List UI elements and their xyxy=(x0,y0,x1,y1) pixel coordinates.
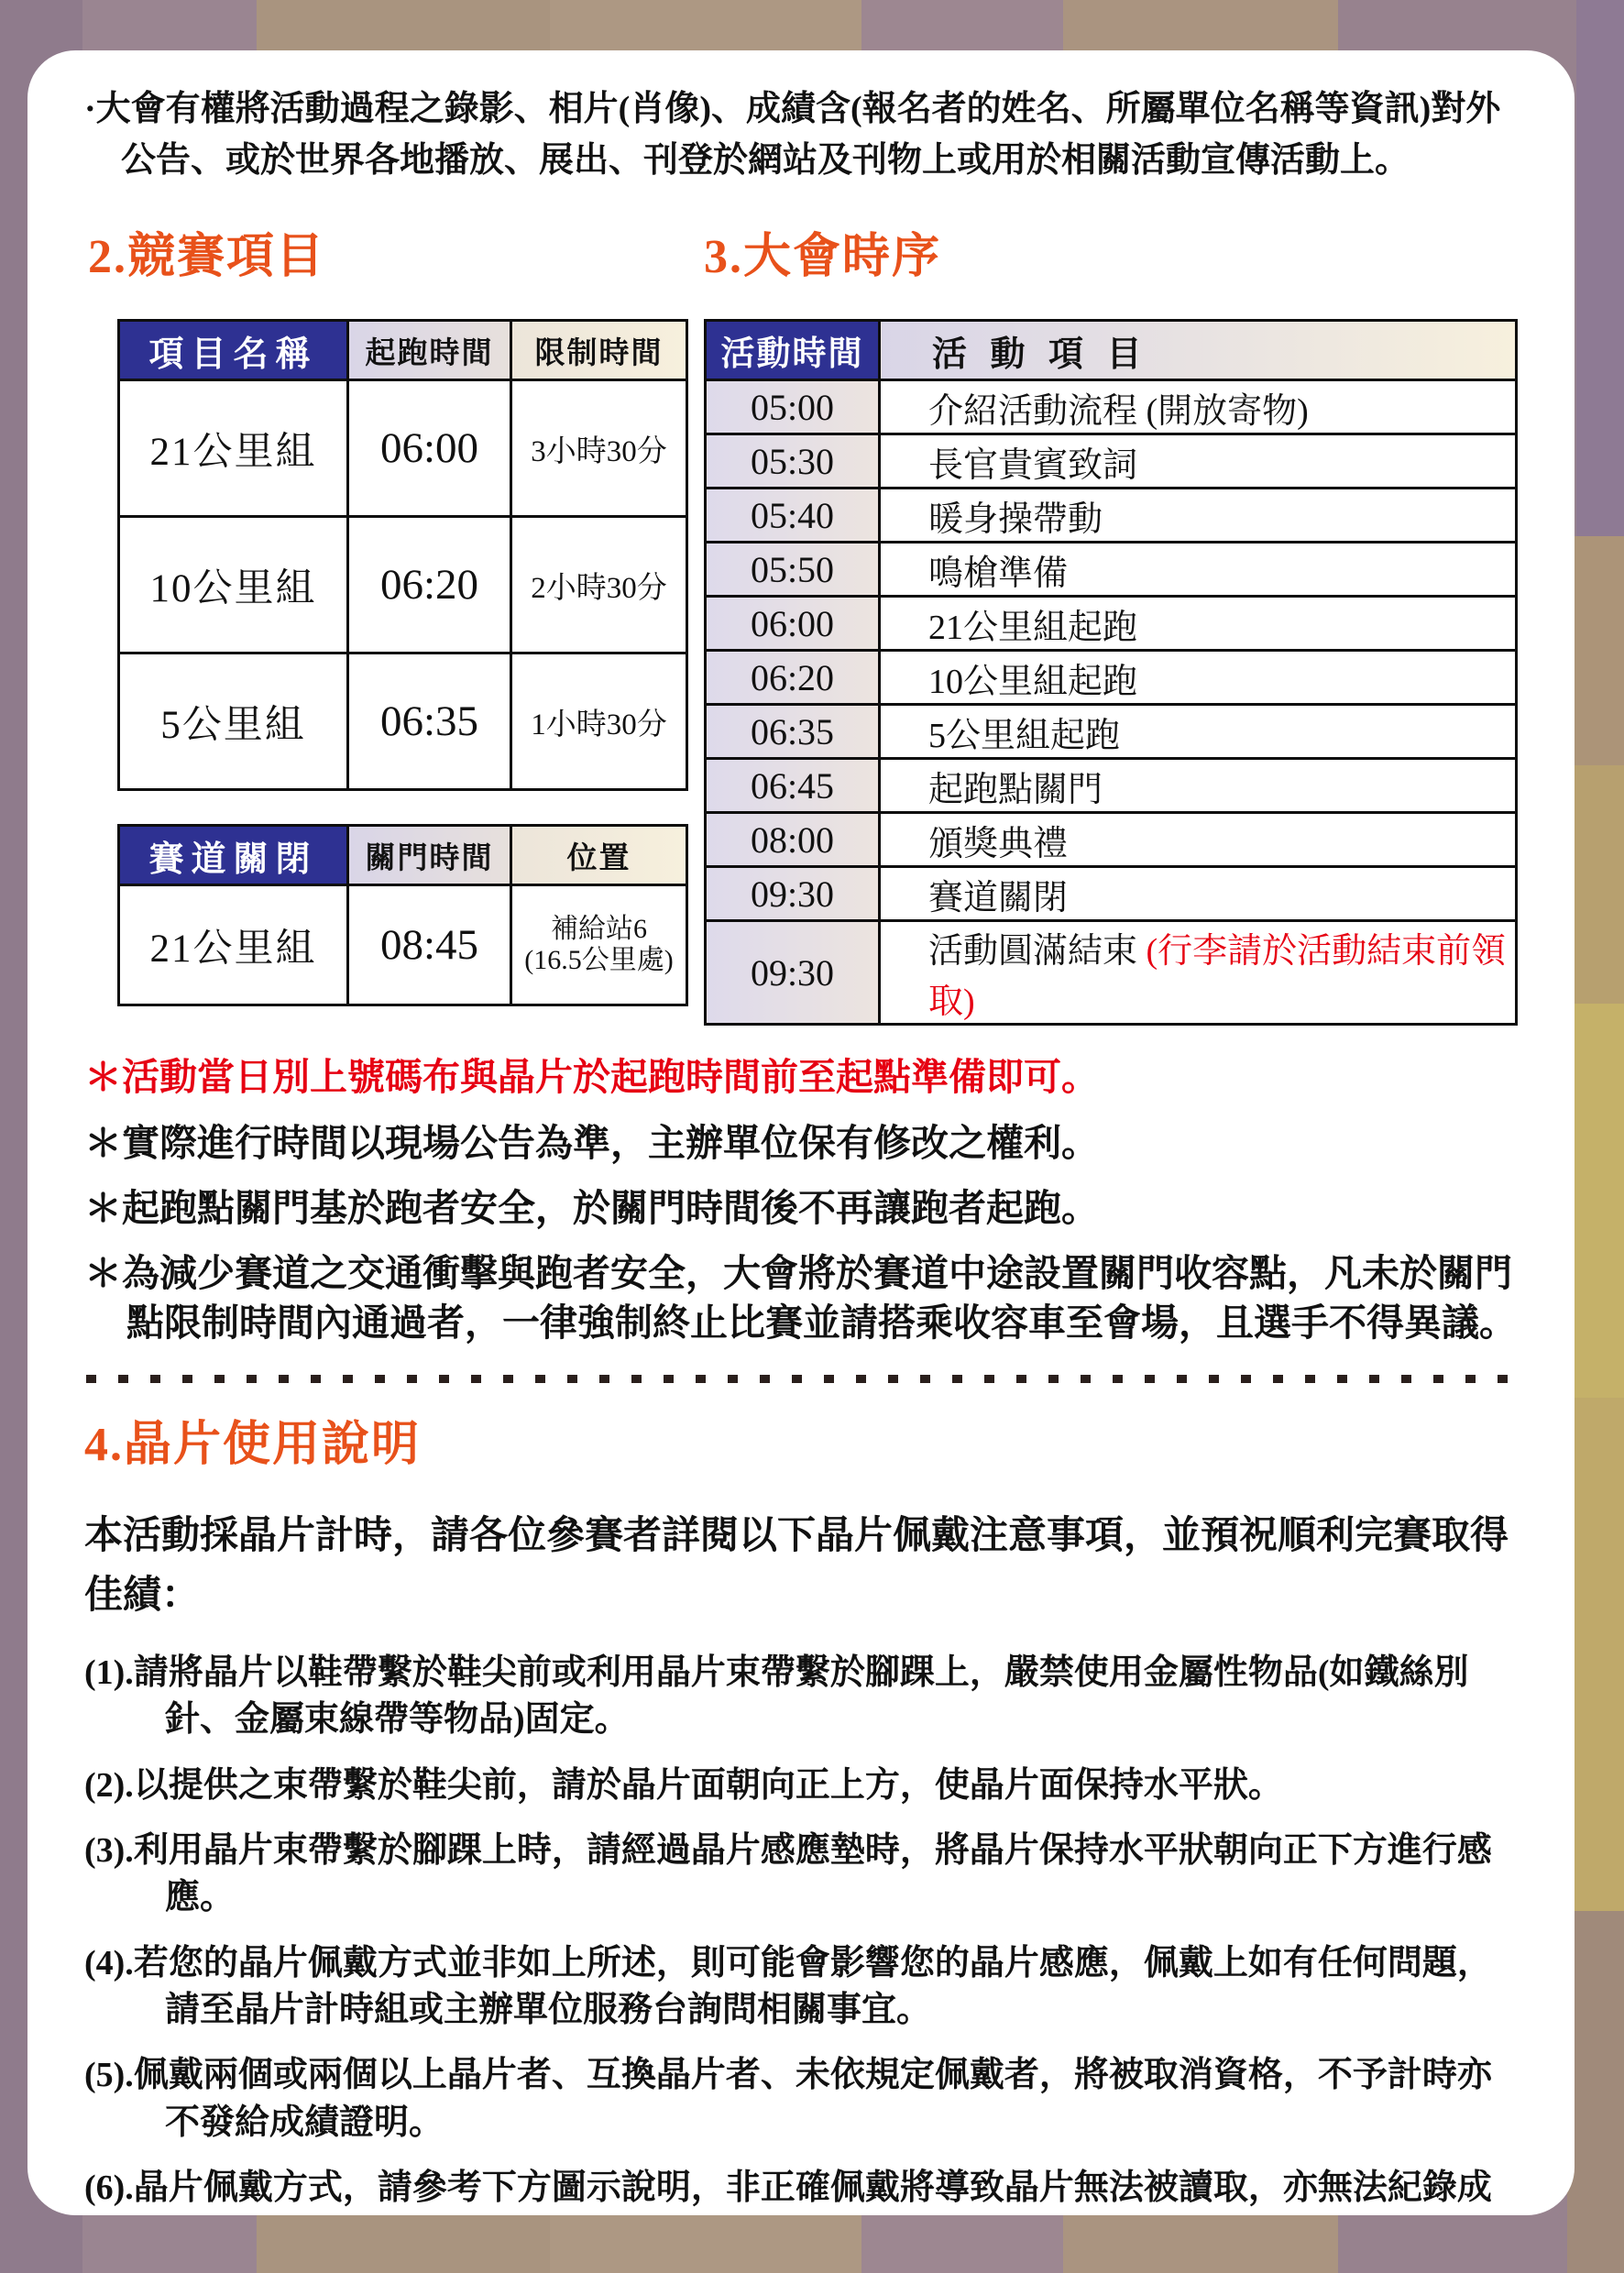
schedule-time: 06:45 xyxy=(706,759,880,813)
chip-instruction: (5).佩戴兩個或兩個以上晶片者、互換晶片者、未依規定佩戴者，將被取消資格，不予… xyxy=(84,2052,1518,2147)
events-header-name: 項目名稱 xyxy=(119,321,348,380)
tables-section: 2.競賽項目 項目名稱 起跑時間 限制時間 21公里組06:003小時30分10… xyxy=(84,217,1518,1026)
schedule-time: 05:00 xyxy=(706,380,880,434)
closure-header-time: 關門時間 xyxy=(348,826,511,885)
schedule-header-time: 活動時間 xyxy=(706,321,880,380)
schedule-time: 08:00 xyxy=(706,813,880,867)
schedule-time: 06:20 xyxy=(706,651,880,705)
schedule-column: 3.大會時序 活動時間 活 動 項 目 05:00介紹活動流程 (開放寄物)05… xyxy=(689,217,1518,1026)
chip-instruction-number: (3). xyxy=(84,1831,134,1870)
events-table: 項目名稱 起跑時間 限制時間 21公里組06:003小時30分10公里組06:2… xyxy=(117,319,688,791)
schedule-activity-text: 暖身操帶動 xyxy=(928,500,1103,539)
schedule-row: 05:40暖身操帶動 xyxy=(706,489,1517,543)
event-limit: 2小時30分 xyxy=(511,517,687,653)
schedule-activity: 鳴槍準備 xyxy=(880,543,1517,597)
closure-time: 08:45 xyxy=(348,885,511,1005)
schedule-time: 06:00 xyxy=(706,597,880,651)
chip-instruction-number: (6). xyxy=(84,2169,134,2207)
schedule-row: 08:00頒獎典禮 xyxy=(706,813,1517,867)
schedule-activity-text: 長官貴賓致詞 xyxy=(928,446,1137,485)
schedule-activity-text: 活動圓滿結束 xyxy=(928,932,1147,971)
chip-instruction: (6).晶片佩戴方式，請參考下方圖示說明，非正確佩戴將導致晶片無法被讀取，亦無法… xyxy=(84,2165,1518,2215)
closure-header-name: 賽道關閉 xyxy=(119,826,348,885)
events-row: 10公里組06:202小時30分 xyxy=(119,517,687,653)
schedule-activity: 5公里組起跑 xyxy=(880,705,1517,759)
schedule-row: 06:2010公里組起跑 xyxy=(706,651,1517,705)
schedule-activity: 頒獎典禮 xyxy=(880,813,1517,867)
schedule-row: 06:355公里組起跑 xyxy=(706,705,1517,759)
schedule-activity-text: 介紹活動流程 (開放寄物) xyxy=(928,392,1309,431)
schedule-activity: 長官貴賓致詞 xyxy=(880,434,1517,489)
schedule-activity-text: 起跑點關門 xyxy=(928,771,1103,809)
schedule-row: 05:00介紹活動流程 (開放寄物) xyxy=(706,380,1517,434)
schedule-row: 06:45起跑點關門 xyxy=(706,759,1517,813)
closure-header-row: 賽道關閉 關門時間 位置 xyxy=(119,826,687,885)
chip-instruction-text: 佩戴兩個或兩個以上晶片者、互換晶片者、未依規定佩戴者，將被取消資格，不予計時亦不… xyxy=(134,2056,1492,2141)
closure-location-line1: 補給站6 xyxy=(512,914,686,946)
chip-instruction-text: 以提供之束帶繫於鞋尖前，請於晶片面朝向正上方，使晶片面保持水平狀。 xyxy=(134,1766,1283,1805)
note: ＊活動當日別上號碼布與晶片於起跑時間前至起點準備即可。 xyxy=(84,1053,1518,1102)
note: ＊為減少賽道之交通衝擊與跑者安全，大會將於賽道中途設置關門收容點，凡未於關門點限… xyxy=(84,1249,1518,1347)
schedule-table: 活動時間 活 動 項 目 05:00介紹活動流程 (開放寄物)05:30長官貴賓… xyxy=(704,319,1518,1026)
schedule-header-row: 活動時間 活 動 項 目 xyxy=(706,321,1517,380)
dotted-separator xyxy=(86,1375,1516,1383)
background-patch xyxy=(1567,1004,1624,1398)
events-header-start: 起跑時間 xyxy=(348,321,511,380)
schedule-header-activity: 活 動 項 目 xyxy=(880,321,1517,380)
note: ＊起跑點關門基於跑者安全，於關門時間後不再讓跑者起跑。 xyxy=(84,1184,1518,1233)
chip-instruction-text: 晶片佩戴方式，請參考下方圖示說明，非正確佩戴將導致晶片無法被讀取，亦無法紀錄成績… xyxy=(134,2169,1492,2215)
chip-instruction: (4).若您的晶片佩戴方式並非如上所述，則可能會影響您的晶片感應，佩戴上如有任何… xyxy=(84,1940,1518,2035)
chip-instruction-number: (2). xyxy=(84,1766,134,1805)
events-header-limit: 限制時間 xyxy=(511,321,687,380)
competition-column: 2.競賽項目 項目名稱 起跑時間 限制時間 21公里組06:003小時30分10… xyxy=(84,217,689,1026)
events-row: 5公里組06:351小時30分 xyxy=(119,653,687,790)
note: ＊實際進行時間以現場公告為準，主辦單位保有修改之權利。 xyxy=(84,1119,1518,1168)
schedule-activity: 21公里組起跑 xyxy=(880,597,1517,651)
section2-title: 2.競賽項目 xyxy=(88,217,689,286)
closure-group: 21公里組 xyxy=(119,885,348,1005)
schedule-activity-text: 5公里組起跑 xyxy=(928,717,1120,755)
section4-title: 4.晶片使用說明 xyxy=(84,1405,1518,1474)
chip-intro: 本活動採晶片計時，請各位參賽者詳閱以下晶片佩戴注意事項，並預祝順利完賽取得佳績： xyxy=(84,1507,1518,1626)
background-patch xyxy=(1567,765,1624,1004)
schedule-activity-text: 頒獎典禮 xyxy=(928,825,1068,863)
schedule-activity-text: 10公里組起跑 xyxy=(928,663,1137,701)
schedule-activity: 暖身操帶動 xyxy=(880,489,1517,543)
schedule-activity: 賽道關閉 xyxy=(880,867,1517,921)
schedule-activity: 10公里組起跑 xyxy=(880,651,1517,705)
schedule-row: 09:30賽道關閉 xyxy=(706,867,1517,921)
event-group: 5公里組 xyxy=(119,653,348,790)
chip-instruction: (2).以提供之束帶繫於鞋尖前，請於晶片面朝向正上方，使晶片面保持水平狀。 xyxy=(84,1762,1518,1809)
schedule-time: 09:30 xyxy=(706,867,880,921)
chip-instruction-number: (5). xyxy=(84,2056,134,2094)
chip-instruction-text: 利用晶片束帶繫於腳踝上時，請經過晶片感應墊時，將晶片保持水平狀朝向正下方進行感應… xyxy=(134,1831,1492,1916)
schedule-activity: 活動圓滿結束 (行李請於活動結束前領取) xyxy=(880,921,1517,1025)
notes-section: ＊活動當日別上號碼布與晶片於起跑時間前至起點準備即可。＊實際進行時間以現場公告為… xyxy=(84,1053,1518,1346)
event-start: 06:00 xyxy=(348,380,511,517)
schedule-row: 09:30活動圓滿結束 (行李請於活動結束前領取) xyxy=(706,921,1517,1025)
background-patch xyxy=(1567,536,1624,765)
schedule-row: 05:30長官貴賓致詞 xyxy=(706,434,1517,489)
event-group: 10公里組 xyxy=(119,517,348,653)
chip-instruction: (3).利用晶片束帶繫於腳踝上時，請經過晶片感應墊時，將晶片保持水平狀朝向正下方… xyxy=(84,1828,1518,1922)
schedule-time: 05:30 xyxy=(706,434,880,489)
schedule-activity: 介紹活動流程 (開放寄物) xyxy=(880,380,1517,434)
document-card: ·大會有權將活動過程之錄影、相片(肖像)、成績含(報名者的姓名、所屬單位名稱等資… xyxy=(27,50,1575,2215)
schedule-time: 09:30 xyxy=(706,921,880,1025)
schedule-row: 05:50鳴槍準備 xyxy=(706,543,1517,597)
events-row: 21公里組06:003小時30分 xyxy=(119,380,687,517)
section3-title: 3.大會時序 xyxy=(704,217,1518,286)
closure-table: 賽道關閉 關門時間 位置 21公里組 08:45 補給站6 (16.5公里處) xyxy=(117,824,688,1006)
schedule-row: 06:0021公里組起跑 xyxy=(706,597,1517,651)
schedule-activity-text: 鳴槍準備 xyxy=(928,555,1068,593)
closure-row: 21公里組 08:45 補給站6 (16.5公里處) xyxy=(119,885,687,1005)
background-patch xyxy=(1567,1911,1624,2273)
closure-location-line2: (16.5公里處) xyxy=(512,945,686,977)
event-limit: 1小時30分 xyxy=(511,653,687,790)
chip-instruction: (1).請將晶片以鞋帶繫於鞋尖前或利用晶片束帶繫於腳踝上，嚴禁使用金屬性物品(如… xyxy=(84,1650,1518,1744)
schedule-time: 05:40 xyxy=(706,489,880,543)
schedule-activity-text: 賽道關閉 xyxy=(928,879,1068,917)
chip-instruction-number: (4). xyxy=(84,1944,134,1982)
schedule-time: 05:50 xyxy=(706,543,880,597)
event-start: 06:35 xyxy=(348,653,511,790)
event-group: 21公里組 xyxy=(119,380,348,517)
chip-instruction-text: 若您的晶片佩戴方式並非如上所述，則可能會影響您的晶片感應，佩戴上如有任何問題，請… xyxy=(134,1944,1492,2029)
chip-instruction-number: (1). xyxy=(84,1653,134,1692)
schedule-activity-text: 21公里組起跑 xyxy=(928,609,1137,647)
schedule-activity: 起跑點關門 xyxy=(880,759,1517,813)
events-header-row: 項目名稱 起跑時間 限制時間 xyxy=(119,321,687,380)
event-start: 06:20 xyxy=(348,517,511,653)
closure-header-location: 位置 xyxy=(511,826,687,885)
event-limit: 3小時30分 xyxy=(511,380,687,517)
closure-location: 補給站6 (16.5公里處) xyxy=(511,885,687,1005)
chip-instruction-text: 請將晶片以鞋帶繫於鞋尖前或利用晶片束帶繫於腳踝上，嚴禁使用金屬性物品(如鐵絲別針… xyxy=(134,1653,1469,1739)
chip-instructions-list: (1).請將晶片以鞋帶繫於鞋尖前或利用晶片束帶繫於腳踝上，嚴禁使用金屬性物品(如… xyxy=(84,1650,1518,2215)
schedule-time: 06:35 xyxy=(706,705,880,759)
rights-notice: ·大會有權將活動過程之錄影、相片(肖像)、成績含(報名者的姓名、所屬單位名稱等資… xyxy=(84,83,1518,186)
background-patch xyxy=(1567,1398,1624,1911)
